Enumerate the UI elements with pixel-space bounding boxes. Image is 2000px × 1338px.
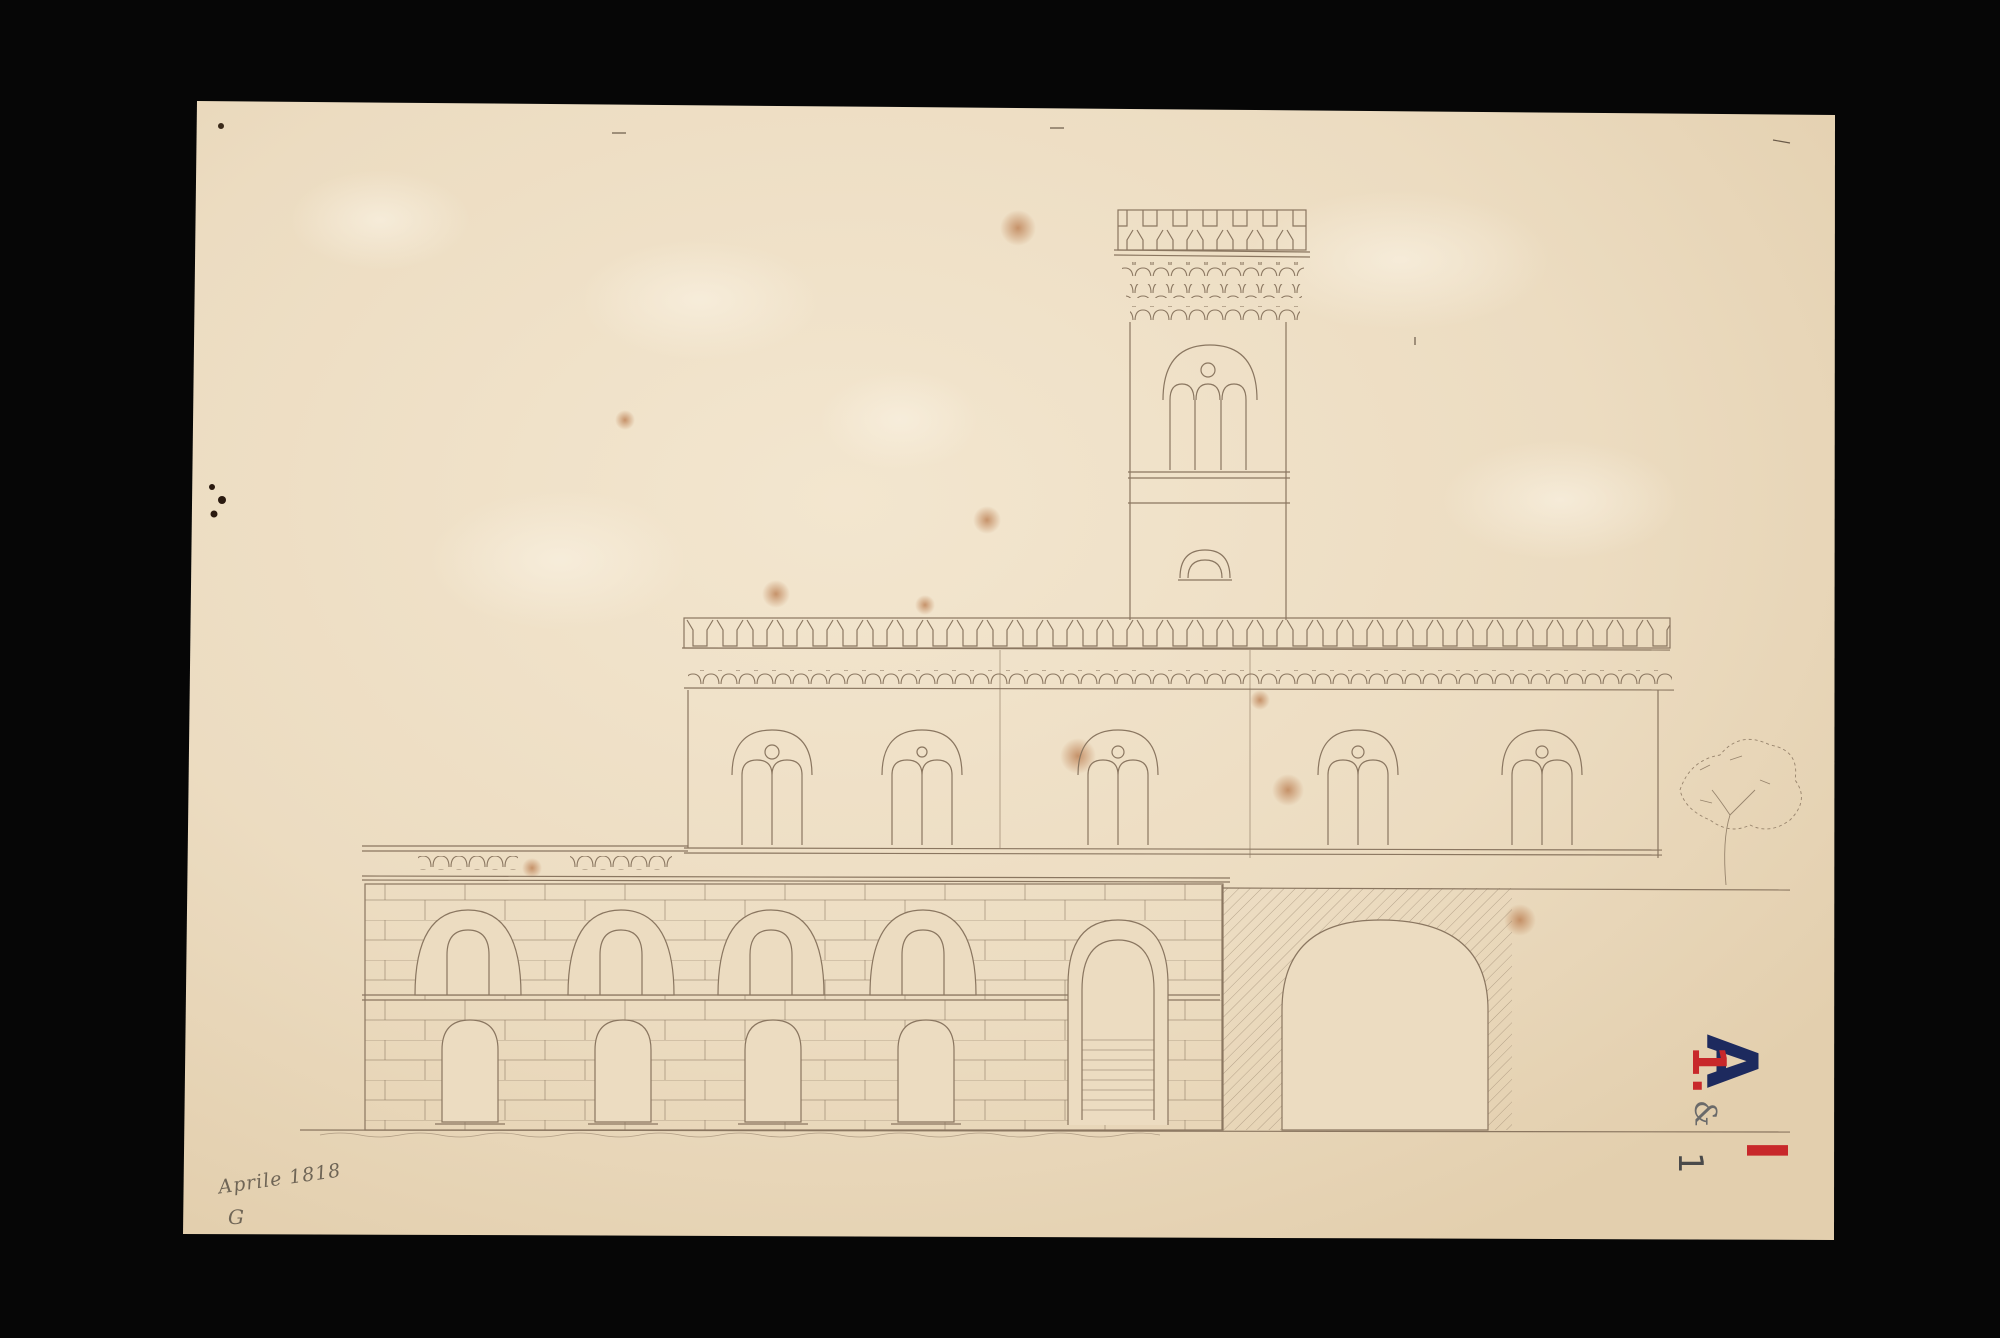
- drawing-svg: [0, 0, 2000, 1338]
- initial-annotation: G: [228, 1205, 244, 1229]
- catalog-number-gray: 1: [1670, 1152, 1710, 1174]
- catalog-numeral-red: I: [1733, 1140, 1798, 1161]
- main-portal: [1068, 920, 1168, 1125]
- artwork-canvas: [0, 0, 2000, 1338]
- catalog-number-red: 1.: [1682, 1045, 1736, 1094]
- catalog-ampersand: &: [1687, 1100, 1722, 1127]
- lower-arcade: [362, 884, 1223, 1130]
